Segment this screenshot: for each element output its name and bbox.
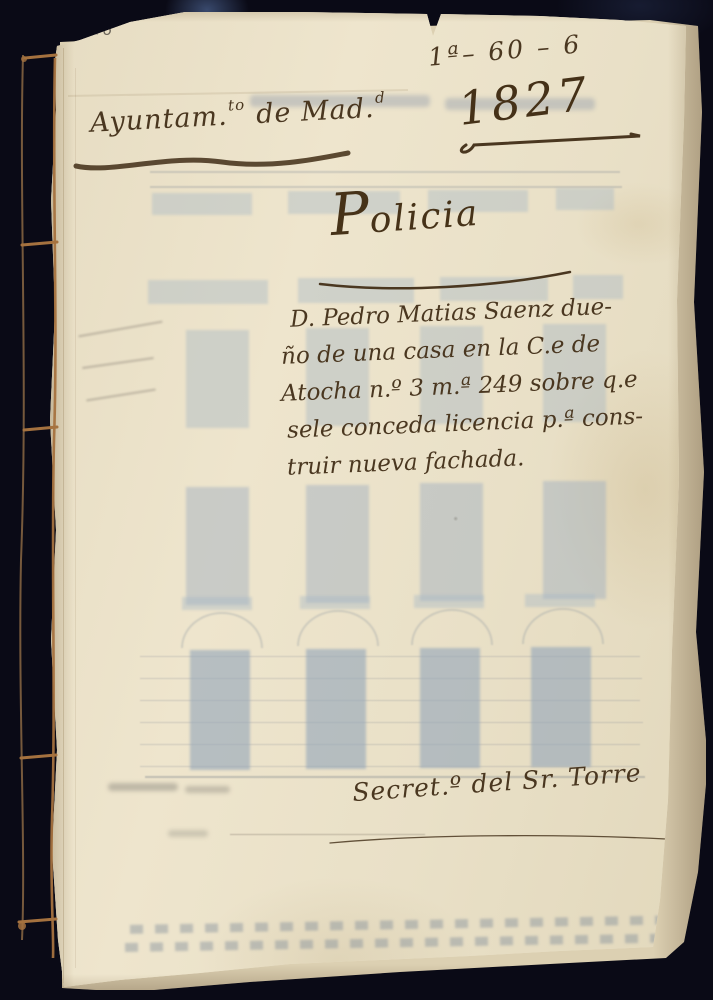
bleedthrough-arch: [297, 610, 379, 646]
bleedthrough-caption-smudge: [185, 786, 230, 793]
bleedthrough-caption-smudge: [108, 783, 178, 791]
pencil-scribble: [78, 321, 162, 338]
bleedthrough-balcony: [300, 596, 370, 609]
heading-text: de Mad.: [246, 93, 375, 131]
reference-code: 1ª– 60 – 6: [427, 29, 583, 71]
stitch: [22, 242, 57, 245]
pencil-scribble: [86, 389, 155, 402]
rustication-line: [140, 722, 643, 723]
bleedthrough-balcony: [414, 595, 484, 608]
bleedthrough-arch: [181, 612, 263, 648]
heading-underline-flourish: [72, 142, 352, 172]
manuscript-page: 4516 1ª– 60 – 6 1827 Ayuntam.to de Mad.d…: [48, 8, 690, 990]
heading-text: Ayuntam.: [89, 101, 228, 139]
bleedthrough-window: [543, 481, 606, 599]
pencil-scribble: [82, 357, 154, 369]
rustication-line: [140, 744, 640, 745]
bleedthrough-window: [186, 487, 249, 605]
bleedthrough-window: [306, 485, 369, 603]
rustication-line: [140, 656, 640, 657]
bleedthrough-window: [420, 483, 483, 601]
bleedthrough-ground-window: [420, 648, 480, 768]
secretary-annotation: Secret.º del Sr. Torre: [351, 758, 642, 807]
stitch: [25, 55, 56, 58]
bleedthrough-balcony: [525, 594, 595, 607]
title-underline-flourish: [316, 266, 576, 292]
spine-thread: [20, 55, 23, 940]
year: 1827: [455, 66, 594, 136]
sheet-edge-crease: [75, 68, 76, 968]
bleedthrough-ground-window: [531, 647, 591, 767]
bleedthrough-handwriting-line: [130, 915, 690, 934]
heading-superscript: to: [228, 96, 246, 115]
stitch: [19, 919, 56, 922]
bleedthrough-attic-window: [556, 188, 614, 210]
section-title: Policia: [328, 171, 481, 249]
bleedthrough-attic-window: [152, 193, 252, 215]
thread-knot: [18, 922, 26, 930]
bleedthrough-arch: [522, 608, 604, 644]
heading-superscript: d: [374, 88, 386, 107]
bleedthrough-arch: [411, 609, 493, 645]
bleedthrough-ground-window: [190, 650, 250, 770]
thread-knot: [21, 56, 27, 62]
stitch: [21, 755, 56, 758]
archival-number: 4516: [68, 19, 115, 39]
heading-ayuntamiento: Ayuntam.to de Mad.d: [89, 92, 388, 139]
bleedthrough-ground-window: [306, 649, 366, 769]
year-underline-flourish: [450, 131, 650, 157]
petition-summary: D. Pedro Matias Saenz due- ño de una cas…: [235, 294, 675, 479]
scale-label-smudge: [168, 830, 208, 837]
rustication-line: [140, 700, 640, 701]
rustication-line: [140, 678, 642, 679]
bleedthrough-balcony: [182, 597, 252, 610]
archive-photo: 4516 1ª– 60 – 6 1827 Ayuntam.to de Mad.d…: [0, 0, 713, 1000]
signature-underline-flourish: [326, 830, 671, 848]
sheet-edge-crease: [63, 48, 64, 983]
